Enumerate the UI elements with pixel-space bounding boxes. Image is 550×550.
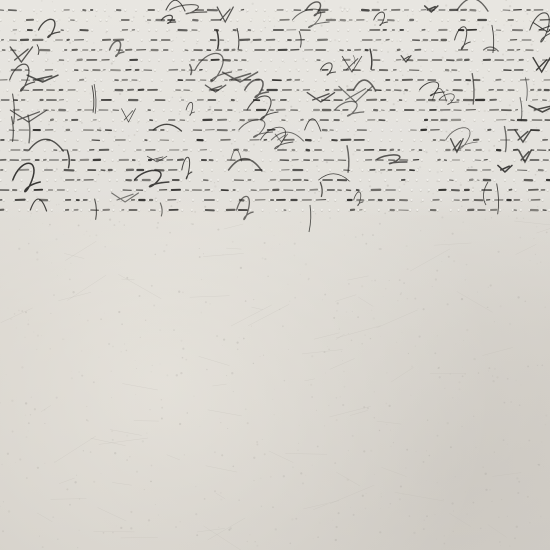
stitched-handwriting-block <box>0 0 550 550</box>
stitched-artwork-photo <box>0 0 550 550</box>
